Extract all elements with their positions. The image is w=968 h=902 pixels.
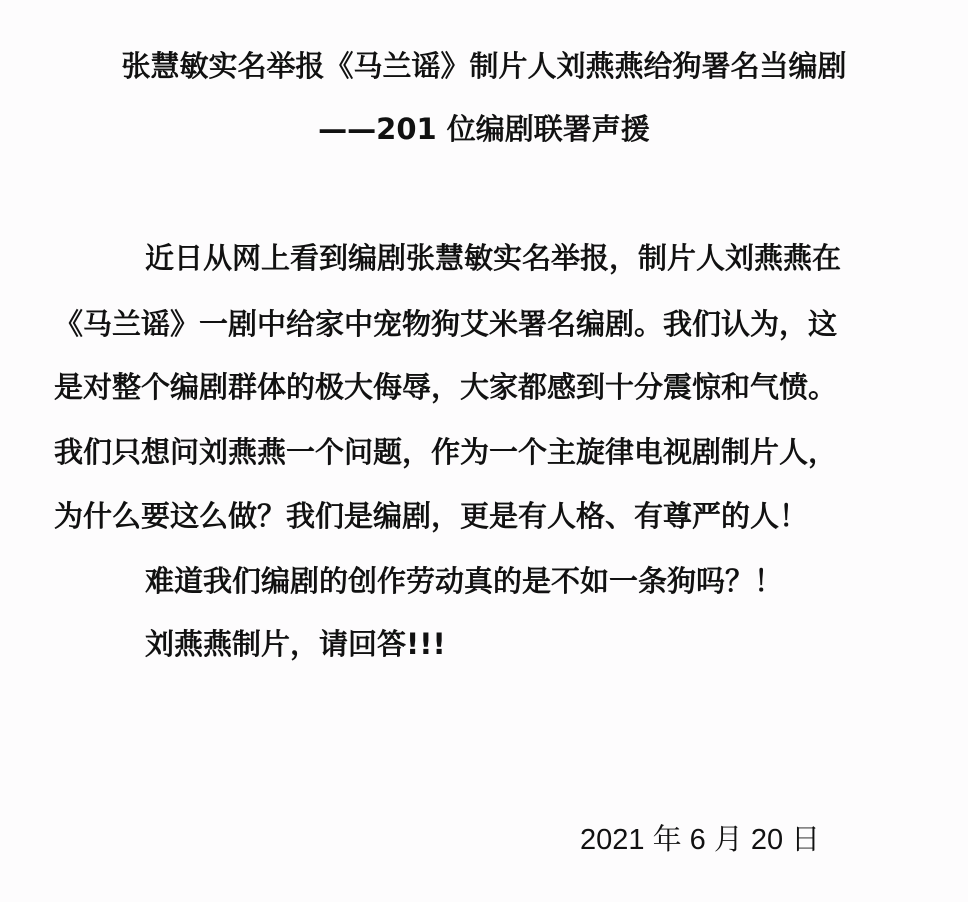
body-line: 是对整个编剧群体的极大侮辱，大家都感到十分震惊和气愤。 [54, 369, 837, 405]
body-line: 近日从网上看到编剧张慧敏实名举报，制片人刘燕燕在 [145, 240, 841, 276]
body-line: 我们只想问刘燕燕一个问题，作为一个主旋律电视剧制片人， [54, 434, 837, 470]
body-line: 刘燕燕制片，请回答!!! [145, 626, 446, 662]
body-line: 《马兰谣》一剧中给家中宠物狗艾米署名编剧。我们认为，这 [54, 306, 837, 342]
body-line: 难道我们编剧的创作劳动真的是不如一条狗吗？！ [145, 563, 783, 599]
body-line: 为什么要这么做？我们是编剧，更是有人格、有尊严的人！ [54, 498, 808, 534]
statement-date: 2021 年 6 月 20 日 [580, 817, 820, 858]
document-subtitle: ——201 位编剧联署声援 [0, 107, 968, 148]
document-title: 张慧敏实名举报《马兰谣》制片人刘燕燕给狗署名当编剧 [0, 44, 968, 85]
